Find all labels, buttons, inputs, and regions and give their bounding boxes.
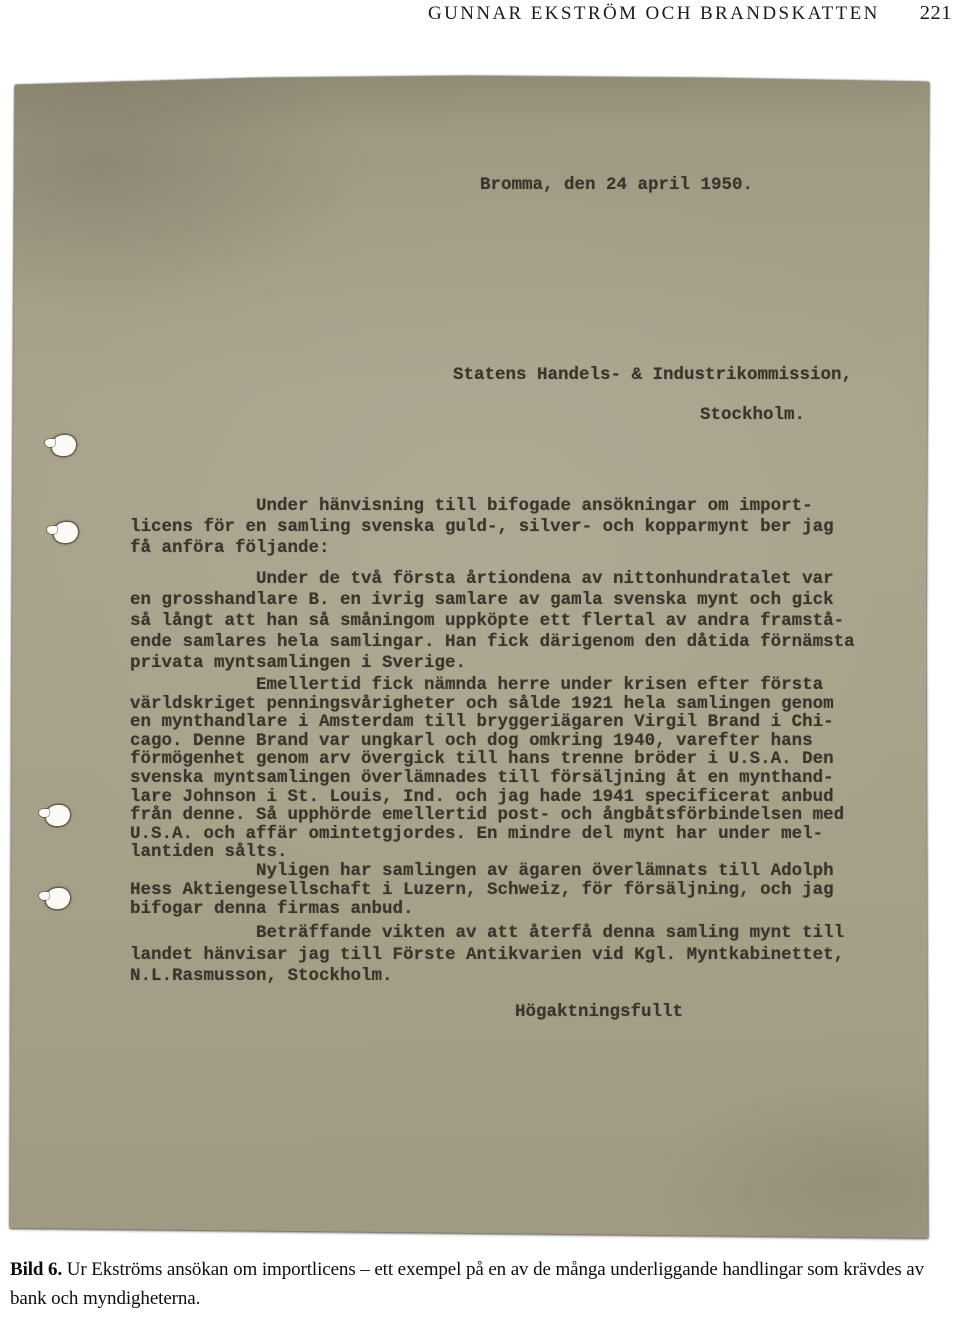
letter-line: Under de två första årtiondena av nitton…: [130, 569, 855, 590]
letter-paragraph: Emellertid fick nämnda herre under krise…: [130, 676, 844, 862]
page-header: GUNNAR EKSTRÖM OCH BRANDSKATTEN 221: [0, 2, 952, 25]
letter-line: N.L.Rasmusson, Stockholm.: [130, 966, 844, 988]
letter-line: från denne. Så upphörde emellertid post-…: [130, 806, 844, 825]
letter-recipient-line: Stockholm.: [700, 405, 805, 425]
letter-paragraph: Beträffande vikten av att återfå denna s…: [130, 923, 844, 988]
caption-label: Bild 6.: [10, 1259, 62, 1280]
letter-line: få anföra följande:: [130, 538, 834, 559]
punch-hole: [46, 888, 70, 909]
letter-line: Nyligen har samlingen av ägaren överlämn…: [130, 862, 834, 881]
letter-signoff: Högaktningsfullt: [515, 1002, 683, 1022]
letter-line: Beträffande vikten av att återfå denna s…: [130, 923, 844, 945]
letter-dateline: Bromma, den 24 april 1950.: [480, 175, 753, 195]
letter-line: så långt att han så småningom uppköpte e…: [130, 611, 855, 632]
letter-line: en mynthandlare i Amsterdam till brygger…: [130, 713, 844, 732]
letter-line: svenska myntsamlingen överlämnades till …: [130, 769, 844, 788]
letter-line: Under hänvisning till bifogade ansökning…: [130, 496, 834, 517]
letter-line: landet hänvisar jag till Förste Antikvar…: [130, 945, 844, 967]
letter-line: förmögenhet genom arv övergick till hans…: [130, 750, 844, 769]
letter-line: licens för en samling svenska guld-, sil…: [130, 517, 834, 538]
caption-text: Ur Ekströms ansökan om importlicens – et…: [10, 1259, 924, 1309]
letter-line: U.S.A. och affär omintetgjordes. En mind…: [130, 825, 844, 844]
letter-paragraph: Under de två första årtiondena av nitton…: [130, 569, 855, 674]
scanned-letter-figure: Bromma, den 24 april 1950. Statens Hande…: [8, 70, 932, 1242]
punch-hole: [54, 522, 78, 543]
letter-line: bifogar denna firmas anbud.: [130, 900, 834, 919]
letter-line: Emellertid fick nämnda herre under krise…: [130, 676, 844, 695]
letter-line: lantiden sålts.: [130, 843, 844, 862]
page-number: 221: [920, 2, 952, 25]
punch-hole: [46, 805, 70, 826]
letter-line: Hess Aktiengesellschaft i Luzern, Schwei…: [130, 881, 834, 900]
letter-paragraph: Under hänvisning till bifogade ansökning…: [130, 496, 834, 559]
figure-caption: Bild 6. Ur Ekströms ansökan om importlic…: [10, 1256, 956, 1313]
page-title: GUNNAR EKSTRÖM OCH BRANDSKATTEN: [428, 3, 880, 25]
letter-line: ende samlares hela samlingar. Han fick d…: [130, 632, 855, 653]
punch-hole: [52, 435, 76, 456]
letter-line: lare Johnson i St. Louis, Ind. och jag h…: [130, 788, 844, 807]
letter-line: en grosshandlare B. en ivrig samlare av …: [130, 590, 855, 611]
scanned-letter-paper: Bromma, den 24 april 1950. Statens Hande…: [8, 70, 932, 1242]
letter-line: privata myntsamlingen i Sverige.: [130, 653, 855, 674]
letter-line: världskriget penningsvårigheter och såld…: [130, 695, 844, 714]
letter-recipient-line: Statens Handels- & Industrikommission,: [453, 365, 852, 385]
letter-line: cago. Denne Brand var ungkarl och dog om…: [130, 732, 844, 751]
letter-paragraph: Nyligen har samlingen av ägaren överlämn…: [130, 862, 834, 919]
